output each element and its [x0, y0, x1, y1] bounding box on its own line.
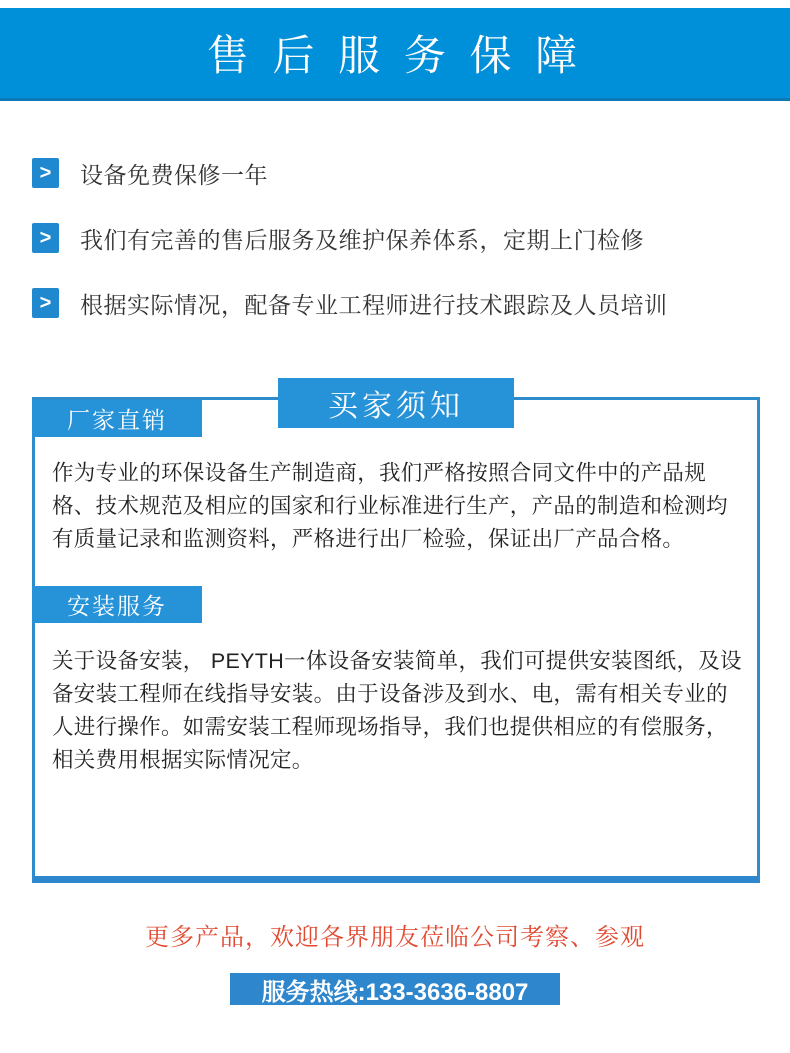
list-item: > 我们有完善的售后服务及维护保养体系，定期上门检修 [32, 223, 790, 253]
service-point-text: 我们有完善的售后服务及维护保养体系，定期上门检修 [80, 222, 644, 255]
list-item: > 根据实际情况，配备专业工程师进行技术跟踪及人员培训 [32, 288, 790, 318]
section-label-text: 厂家直销 [67, 402, 167, 435]
service-hotline-button[interactable]: 服务热线:133-3636-8807 [230, 973, 560, 1005]
arrow-right-icon: > [32, 158, 59, 188]
page-title: 售 后 服 务 保 障 [207, 23, 583, 83]
section-text-installation: 关于设备安装， PEYTH一体设备安装简单，我们可提供安装图纸，及设备安装工程师… [52, 645, 743, 777]
service-hotline-number: 服务热线:133-3636-8807 [262, 972, 529, 1007]
section-text-factory-direct: 作为专业的环保设备生产制造商，我们严格按照合同文件中的产品规格、技术规范及相应的… [52, 457, 743, 556]
arrow-right-icon: > [32, 223, 59, 253]
arrow-right-icon: > [32, 288, 59, 318]
buyer-notice-box: 买家须知 厂家直销 作为专业的环保设备生产制造商，我们严格按照合同文件中的产品规… [32, 397, 760, 883]
section-label-installation: 安装服务 [32, 586, 202, 623]
service-points-list: > 设备免费保修一年 > 我们有完善的售后服务及维护保养体系，定期上门检修 > … [0, 158, 790, 318]
page-header: 售 后 服 务 保 障 [0, 8, 790, 101]
section-label-text: 安装服务 [67, 588, 167, 621]
buyer-notice-title: 买家须知 [328, 381, 464, 425]
invitation-text: 更多产品，欢迎各界朋友莅临公司考察、参观 [0, 923, 790, 953]
list-item: > 设备免费保修一年 [32, 158, 790, 188]
service-point-text: 根据实际情况，配备专业工程师进行技术跟踪及人员培训 [80, 287, 668, 320]
service-point-text: 设备免费保修一年 [80, 157, 268, 190]
page: 售 后 服 务 保 障 > 设备免费保修一年 > 我们有完善的售后服务及维护保养… [0, 8, 790, 1053]
section-label-factory-direct: 厂家直销 [32, 400, 202, 437]
buyer-notice-banner: 买家须知 [278, 378, 514, 428]
